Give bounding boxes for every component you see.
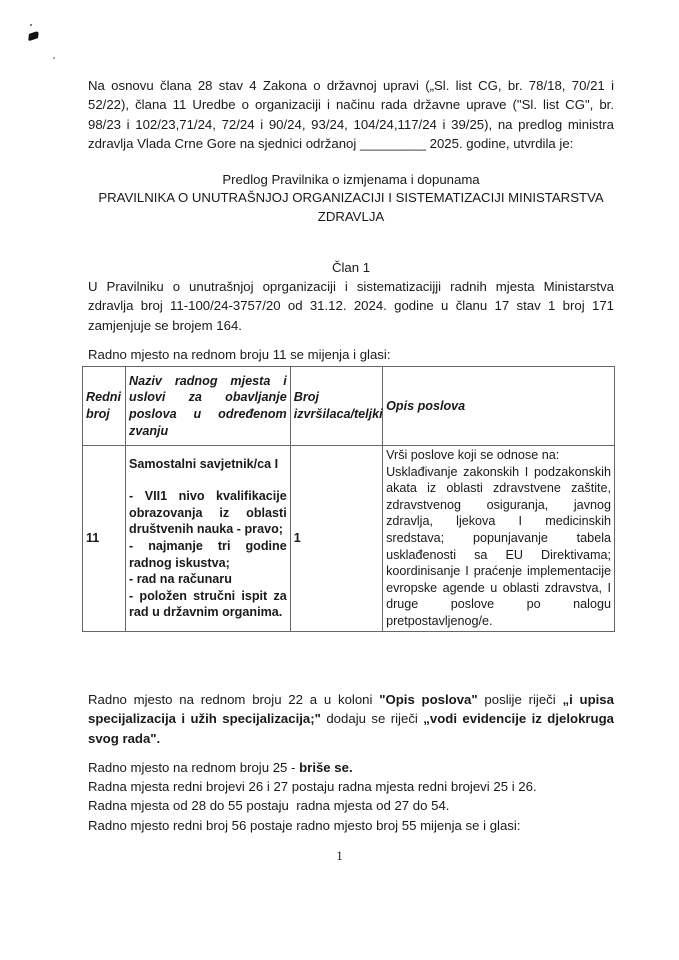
condition-item: - položen stručni ispit za rad u državni… [129,588,287,621]
text-run: Radno mjesto na rednom broju 22 a u kolo… [88,692,379,707]
bold-run: "Opis poslova" [379,692,477,707]
line-56: Radno mjesto redni broj 56 postaje radno… [88,816,614,835]
header-broj-izvrsilaca: Broj izvršilaca/teljki [290,367,382,446]
cell-redni-broj: 11 [83,446,126,632]
title-line-1: Predlog Pravilnika o izmjenama i dopunam… [88,171,614,189]
paragraph-22: Radno mjesto na rednom broju 22 a u kolo… [88,690,614,748]
article-paragraph: U Pravilniku o unutrašnjoj oprganizaciji… [88,277,614,335]
opis-intro: Vrši poslove koji se odnose na: [386,447,611,464]
intro-paragraph: Na osnovu člana 28 stav 4 Zakona o držav… [88,76,614,153]
cell-broj-izvrsilaca: 1 [290,446,382,632]
scan-speck [53,57,55,59]
title-line-2: PRAVILNIKA O UNUTRAŠNJOJ ORGANIZACIJI I … [88,189,614,226]
condition-item: - VII1 nivo kvalifikacije obrazovanja iz… [129,488,287,538]
header-redni-broj: Redni broj [83,367,126,446]
line-26: Radna mjesta redni brojevi 26 i 27 posta… [88,777,614,796]
line-28: Radna mjesta od 28 do 55 postaju radna m… [88,796,614,815]
article-heading: Član 1 [88,258,614,277]
header-naziv: Naziv radnog mjesta i uslovi za obavljan… [126,367,291,446]
position-title: Samostalni savjetnik/ca I [129,456,287,473]
table-row: 11 Samostalni savjetnik/ca I - VII1 nivo… [83,446,615,632]
opis-text: Usklađivanje zakonskih I podzakonskih ak… [386,464,611,630]
line-25: Radno mjesto na rednom broju 25 - briše … [88,758,614,777]
text-run: dodaju se riječi [321,711,423,726]
table-header-row: Redni broj Naziv radnog mjesta i uslovi … [83,367,615,446]
position-table: Redni broj Naziv radnog mjesta i uslovi … [82,366,615,632]
table-lead-text: Radno mjesto na rednom broju 11 se mijen… [88,346,391,364]
condition-item: - rad na računaru [129,571,287,588]
document-page: Na osnovu člana 28 stav 4 Zakona o držav… [0,0,679,960]
scan-speck [30,24,32,26]
text-run: Radno mjesto na rednom broju 25 - [88,760,299,775]
text-run: poslije riječi [478,692,563,707]
scan-mark [28,31,39,42]
page-number: 1 [0,848,679,864]
header-opis-poslova: Opis poslova [383,367,615,446]
condition-item: - najmanje tri godine radnog iskustva; [129,538,287,571]
amendment-lines: Radno mjesto na rednom broju 25 - briše … [88,758,614,835]
bold-run: briše se. [299,760,353,775]
cell-naziv: Samostalni savjetnik/ca I - VII1 nivo kv… [126,446,291,632]
cell-opis-poslova: Vrši poslove koji se odnose na: Usklađiv… [383,446,615,632]
document-title: Predlog Pravilnika o izmjenama i dopunam… [88,171,614,226]
